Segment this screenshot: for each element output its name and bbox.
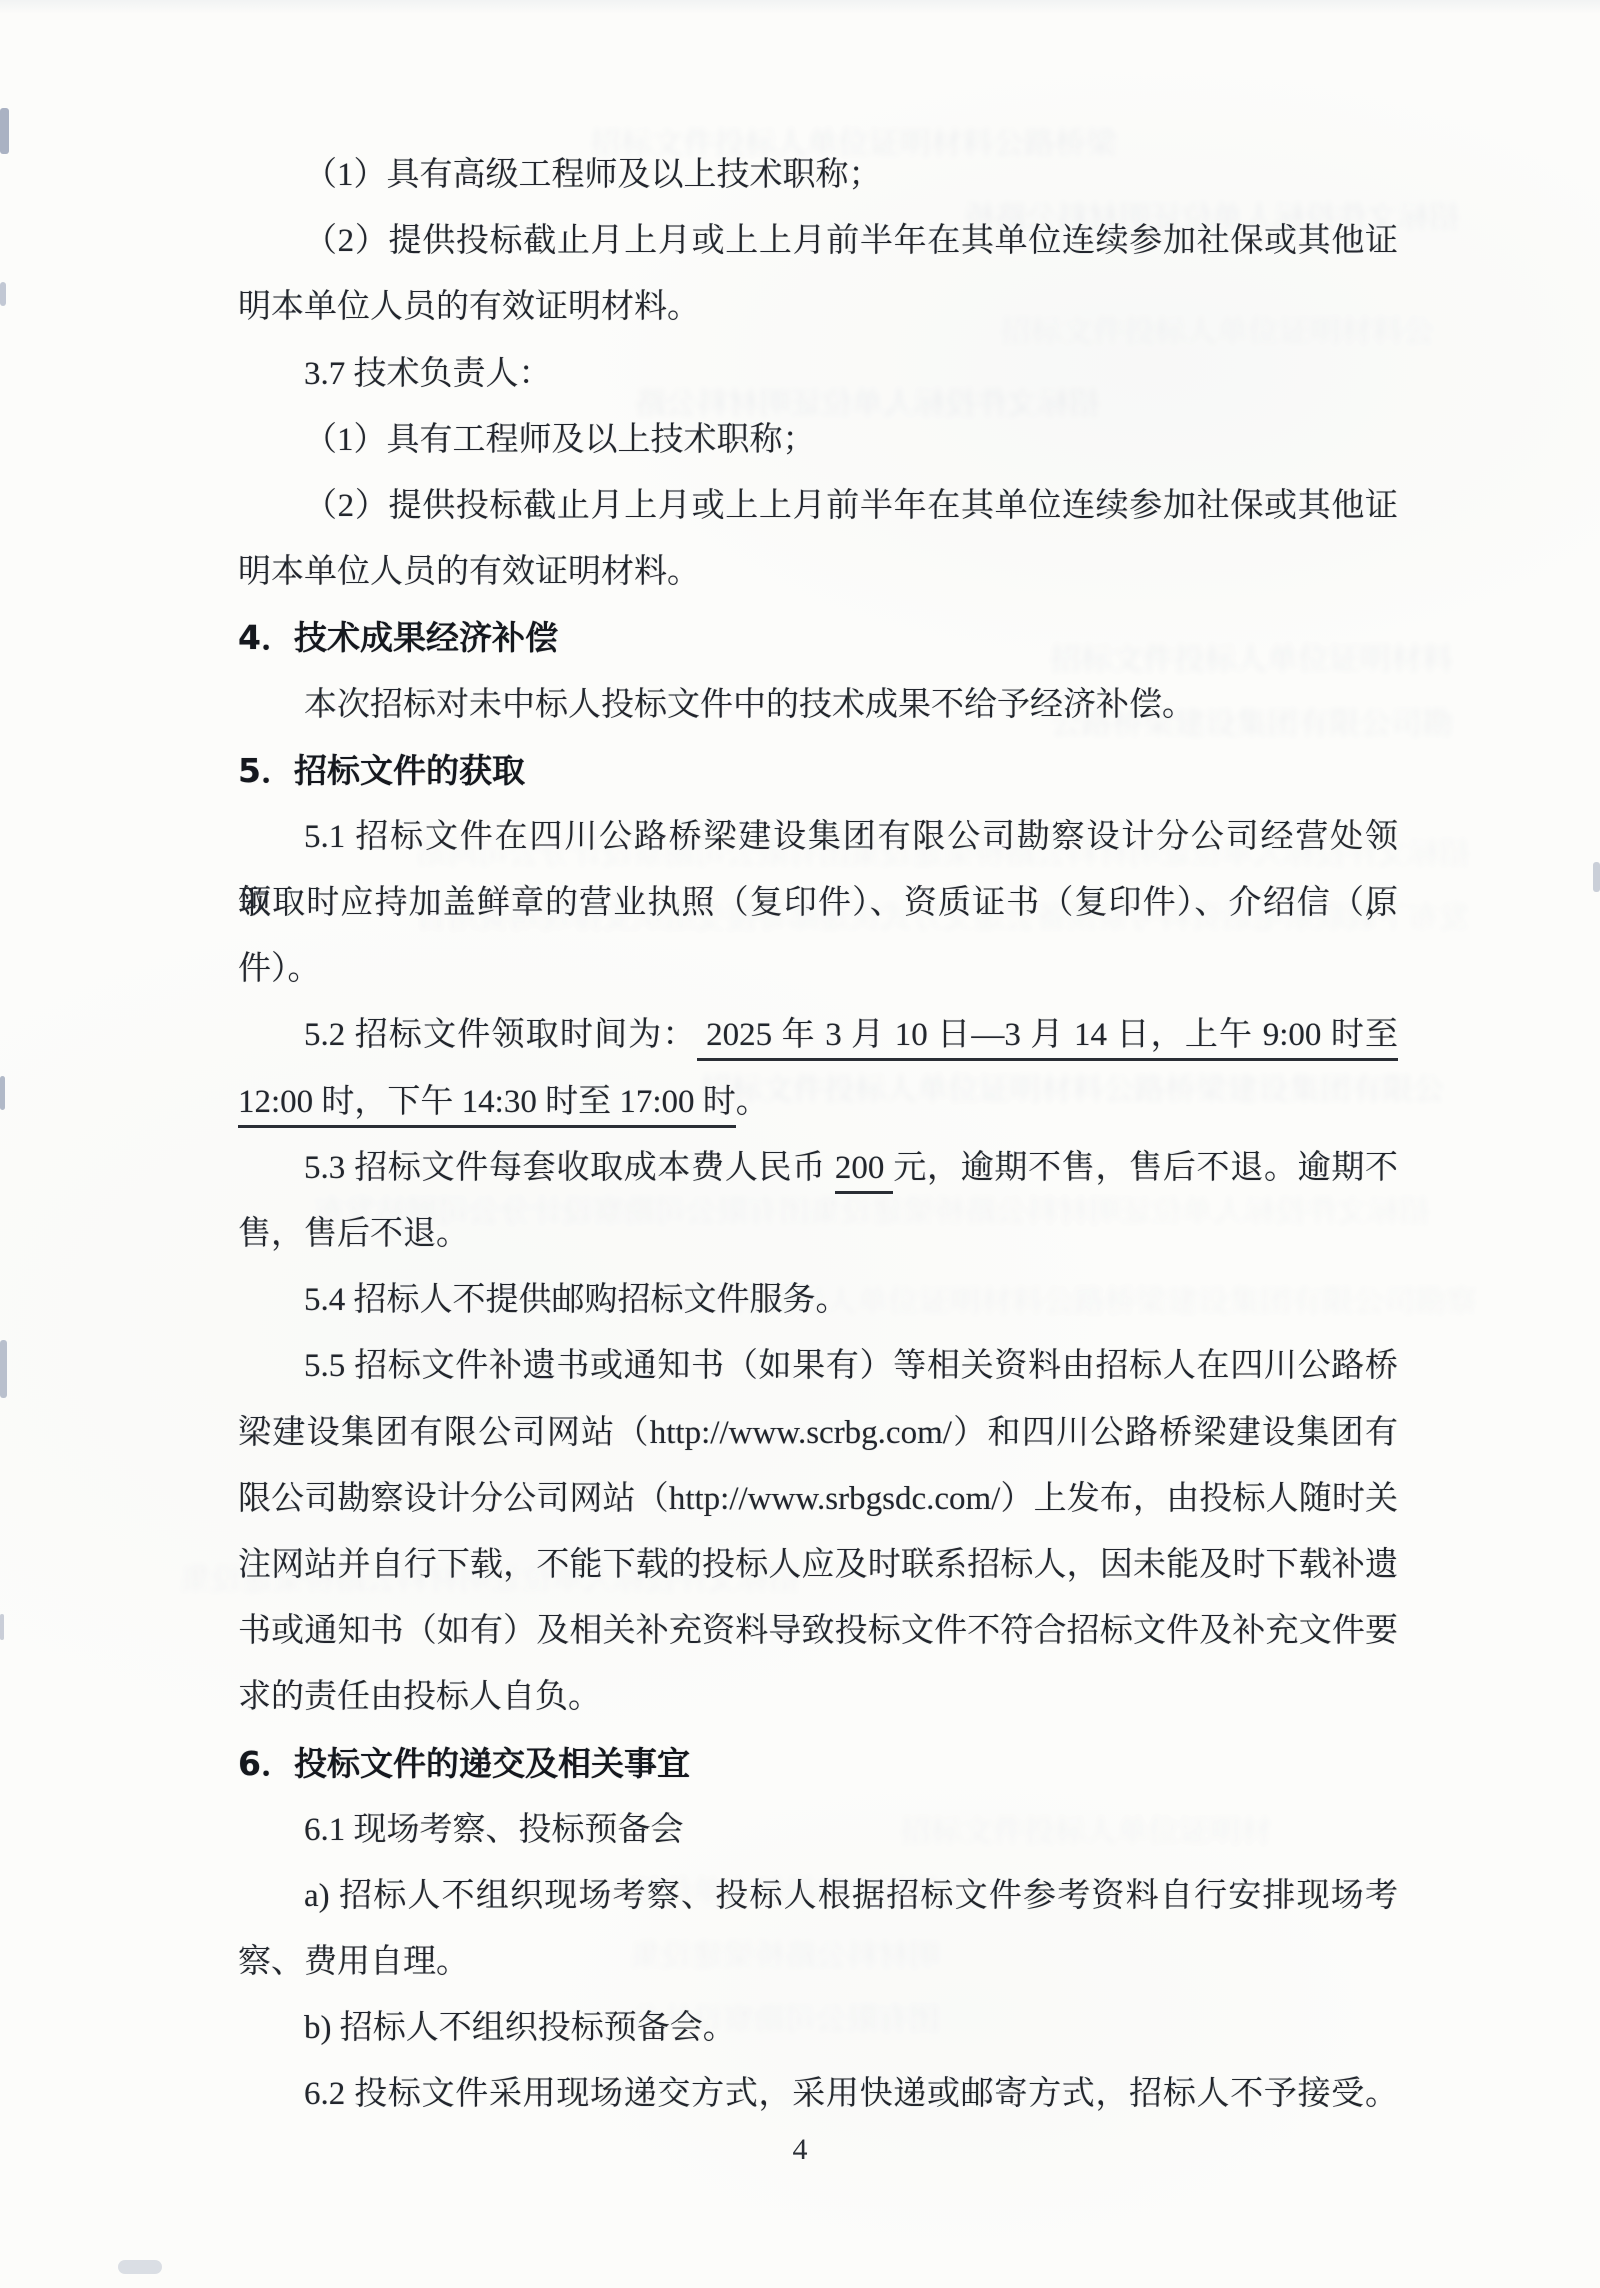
doc-line: 5.5 招标文件补遗书或通知书（如果有）等相关资料由招标人在四川公路桥 [238, 1333, 1398, 1399]
doc-line: 限公司勘察设计分公司网站（http://www.srbgsdc.com/）上发布… [238, 1466, 1398, 1532]
doc-line: 6.2 投标文件采用现场递交方式，采用快递或邮寄方式，招标人不予接受。 [238, 2061, 1398, 2127]
doc-line: 5.2 招标文件领取时间为： 2025 年 3 月 10 日—3 月 14 日，… [238, 1002, 1398, 1068]
scan-edge-artifact [0, 1340, 7, 1398]
line-text: 。 [736, 1084, 769, 1120]
doc-line: 书或通知书（如有）及相关补充资料导致投标文件不符合招标文件及补充文件要 [238, 1598, 1398, 1664]
doc-line: 售，售后不退。 [238, 1201, 1398, 1267]
line-text: 5.2 招标文件领取时间为： [304, 1017, 697, 1053]
underlined-text: 200 [835, 1150, 893, 1194]
line-text: （2）提供投标截止月上月或上上月前半年在其单位连续参加社保或其他证 [304, 223, 1398, 259]
heading-text: 6．投标文件的递交及相关事宜 [238, 1744, 690, 1783]
section-heading-4: 4．技术成果经济补偿 [238, 605, 1398, 671]
underlined-text: 12:00 时，下午 14:30 时至 17:00 时 [238, 1084, 736, 1128]
line-text: 5.5 招标文件补遗书或通知书（如果有）等相关资料由招标人在四川公路桥 [304, 1348, 1398, 1384]
doc-line: 领取时应持加盖鲜章的营业执照（复印件）、资质证书（复印件）、介绍信（原 [238, 870, 1398, 936]
doc-line: 6.1 现场考察、投标预备会 [238, 1797, 1398, 1863]
line-text: 书或通知书（如有）及相关补充资料导致投标文件不符合招标文件及补充文件要 [238, 1613, 1398, 1649]
scan-edge-artifact [0, 282, 6, 306]
doc-line: 5.1 招标文件在四川公路桥梁建设集团有限公司勘察设计分公司经营处领取， [238, 804, 1398, 870]
line-text: 6.1 现场考察、投标预备会 [304, 1812, 684, 1848]
line-text: 3.7 技术负责人： [304, 356, 552, 392]
doc-line: 察、费用自理。 [238, 1929, 1398, 1995]
scan-edge-artifact [0, 1076, 5, 1110]
line-text: 领取时应持加盖鲜章的营业执照（复印件）、资质证书（复印件）、介绍信（原 [238, 885, 1398, 921]
underlined-text: 2025 年 3 月 10 日—3 月 14 日，上午 9:00 时至 [697, 1017, 1398, 1061]
line-text: 元，逾期不售，售后不退。逾期不 [893, 1150, 1398, 1186]
line-text: 6.2 投标文件采用现场递交方式，采用快递或邮寄方式，招标人不予接受。 [304, 2076, 1398, 2112]
page-number: 4 [0, 2128, 1600, 2172]
doc-line: 3.7 技术负责人： [238, 341, 1398, 407]
doc-line: 12:00 时，下午 14:30 时至 17:00 时。 [238, 1069, 1398, 1135]
doc-line: （1）具有高级工程师及以上技术职称； [238, 142, 1398, 208]
doc-line: 明本单位人员的有效证明材料。 [238, 539, 1398, 605]
doc-line: 梁建设集团有限公司网站（http://www.scrbg.com/）和四川公路桥… [238, 1400, 1398, 1466]
line-text: （1）具有高级工程师及以上技术职称； [304, 157, 882, 193]
line-text: b) 招标人不组织投标预备会。 [304, 2010, 736, 2046]
line-text: 件）。 [238, 951, 321, 987]
line-text: 5.3 招标文件每套收取成本费人民币 [304, 1150, 835, 1186]
document-page: 招标文件投标人单位证明材料公路桥梁建设集团有限公司勘察设计分公司网站发布下载联系… [0, 0, 1600, 2288]
doc-line: （2）提供投标截止月上月或上上月前半年在其单位连续参加社保或其他证 [238, 473, 1398, 539]
line-text: 明本单位人员的有效证明材料。 [238, 289, 700, 325]
doc-line: b) 招标人不组织投标预备会。 [238, 1995, 1398, 2061]
line-text: 梁建设集团有限公司网站（http://www.scrbg.com/）和四川公路桥… [238, 1415, 1398, 1451]
line-text: 求的责任由投标人自负。 [238, 1679, 601, 1715]
line-text: 限公司勘察设计分公司网站（http://www.srbgsdc.com/）上发布… [238, 1481, 1398, 1517]
doc-line: （2）提供投标截止月上月或上上月前半年在其单位连续参加社保或其他证 [238, 208, 1398, 274]
scan-edge-artifact [0, 1614, 4, 1640]
line-text: 本次招标对未中标人投标文件中的技术成果不给予经济补偿。 [304, 687, 1195, 723]
scan-edge-artifact [1593, 862, 1600, 892]
doc-line: 5.3 招标文件每套收取成本费人民币 200 元，逾期不售，售后不退。逾期不 [238, 1135, 1398, 1201]
line-text: 售，售后不退。 [238, 1216, 469, 1252]
heading-text: 5．招标文件的获取 [238, 751, 525, 790]
line-text: a) 招标人不组织现场考察、投标人根据招标文件参考资料自行安排现场考 [304, 1878, 1398, 1914]
line-text: （2）提供投标截止月上月或上上月前半年在其单位连续参加社保或其他证 [304, 488, 1398, 524]
line-text: 5.4 招标人不提供邮购招标文件服务。 [304, 1282, 849, 1318]
section-heading-5: 5．招标文件的获取 [238, 738, 1398, 804]
doc-line: 件）。 [238, 936, 1398, 1002]
doc-line: 5.4 招标人不提供邮购招标文件服务。 [238, 1267, 1398, 1333]
doc-line: a) 招标人不组织现场考察、投标人根据招标文件参考资料自行安排现场考 [238, 1863, 1398, 1929]
document-body: （1）具有高级工程师及以上技术职称； （2）提供投标截止月上月或上上月前半年在其… [238, 142, 1398, 2128]
line-text: 明本单位人员的有效证明材料。 [238, 554, 700, 590]
section-heading-6: 6．投标文件的递交及相关事宜 [238, 1731, 1398, 1797]
line-text: 察、费用自理。 [238, 1944, 469, 1980]
heading-text: 4．技术成果经济补偿 [238, 618, 558, 657]
doc-line: 本次招标对未中标人投标文件中的技术成果不给予经济补偿。 [238, 672, 1398, 738]
doc-line: 求的责任由投标人自负。 [238, 1664, 1398, 1730]
scan-edge-artifact [0, 108, 9, 154]
scan-edge-artifact [118, 2260, 162, 2274]
doc-line: 注网站并自行下载，不能下载的投标人应及时联系招标人，因未能及时下载补遗 [238, 1532, 1398, 1598]
doc-line: （1）具有工程师及以上技术职称； [238, 407, 1398, 473]
doc-line: 明本单位人员的有效证明材料。 [238, 274, 1398, 340]
line-text: （1）具有工程师及以上技术职称； [304, 422, 816, 458]
line-text: 注网站并自行下载，不能下载的投标人应及时联系招标人，因未能及时下载补遗 [238, 1547, 1398, 1583]
